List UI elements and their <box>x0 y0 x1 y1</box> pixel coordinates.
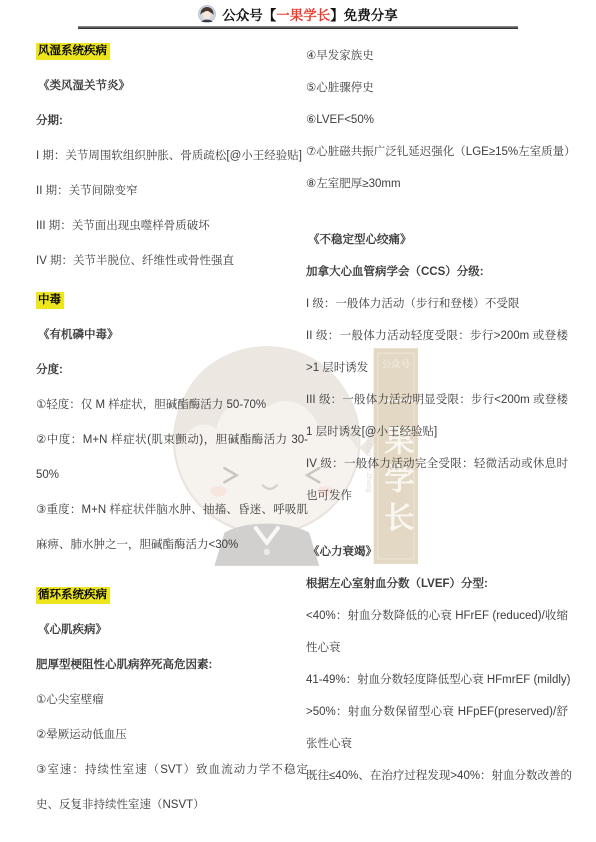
note-line: ④早发家族史 <box>306 40 568 72</box>
page-header: 公众号【一果学长】免费分享 <box>0 4 596 24</box>
note-line: <40%：射血分数降低的心衰 HFrEF (reduced)/收缩性心衰 <box>306 600 568 664</box>
note-line: ⑤心脏骤停史 <box>306 72 568 104</box>
note-line: ③重度：M+N 样症状伴脑水肿、抽搐、昏迷、呼吸肌麻痹、肺水肿之一，胆碱酯酶活力… <box>36 493 308 563</box>
brand-avatar-icon <box>198 5 216 23</box>
note-line: ②晕厥运动低血压 <box>36 718 308 753</box>
note-line: ⑦心脏磁共振广泛钆延迟强化（LGE≥15%左室质量） <box>306 136 568 168</box>
note-line: II 期：关节间隙变窄 <box>36 174 308 209</box>
header-title: 公众号【一果学长】免费分享 <box>222 4 398 24</box>
section-heading: 循环系统疾病 <box>36 578 308 613</box>
section-heading: 中毒 <box>36 283 308 318</box>
note-line: 41-49%：射血分数轻度降低型心衰 HFmrEF (mildly) <box>306 664 568 696</box>
document-page: 公众号【一果学长】免费分享 公众号 一果学长 Yi Guo Xue Zhang … <box>0 0 596 842</box>
subsection-title: 《心力衰竭》 <box>306 536 568 568</box>
note-line: ①轻度：仅 M 样症状，胆碱酯酶活力 50-70% <box>36 388 308 423</box>
note-line: II 级：一般体力活动轻度受限：步行>200m 或登楼>1 层时诱发 <box>306 320 568 384</box>
header-brand-name: 一果学长 <box>276 8 330 23</box>
note-line: I 期：关节周围软组织肿胀、骨质疏松[@小王经验贴] <box>36 139 308 174</box>
note-line: I 级：一般体力活动（步行和登楼）不受限 <box>306 288 568 320</box>
field-label: 分期: <box>36 104 308 139</box>
note-line: ⑧左室肥厚≥30mm <box>306 168 568 200</box>
field-label: 根据左心室射血分数（LVEF）分型: <box>306 568 568 600</box>
right-column: ④早发家族史 ⑤心脏骤停史 ⑥LVEF<50% ⑦心脏磁共振广泛钆延迟强化（LG… <box>306 40 568 792</box>
field-label: 肥厚型梗阻性心肌病猝死高危因素: <box>36 648 308 683</box>
header-divider <box>78 26 518 29</box>
note-line: ②中度：M+N 样症状(肌束颤动)，胆碱酯酶活力 30-50% <box>36 423 308 493</box>
section-heading-text: 循环系统疾病 <box>36 587 110 604</box>
note-line: >50%：射血分数保留型心衰 HFpEF(preserved)/舒张性心衰 <box>306 696 568 760</box>
note-line: 既往≤40%、在治疗过程发现>40%：射血分数改善的 <box>306 760 568 792</box>
left-column: 风湿系统疾病 《类风湿关节炎》 分期: I 期：关节周围软组织肿胀、骨质疏松[@… <box>36 34 308 823</box>
section-heading-text: 风湿系统疾病 <box>36 43 110 60</box>
note-line: IV 级：一般体力活动完全受限：轻微活动或休息时也可发作 <box>306 448 568 512</box>
field-label: 加拿大心血管病学会（CCS）分级: <box>306 256 568 288</box>
field-label: 分度: <box>36 353 308 388</box>
subsection-title: 《类风湿关节炎》 <box>36 69 308 104</box>
note-line: IV 期：关节半脱位、纤维性或骨性强直 <box>36 244 308 279</box>
note-line: III 级：一般体力活动明显受限：步行<200m 或登楼 1 层时诱发[@小王经… <box>306 384 568 448</box>
header-prefix: 公众号【 <box>222 8 276 23</box>
note-line: ⑥LVEF<50% <box>306 104 568 136</box>
header-suffix: 】免费分享 <box>330 8 398 23</box>
subsection-title: 《有机磷中毒》 <box>36 318 308 353</box>
note-line: ③室速：持续性室速（SVT）致血流动力学不稳定史、反复非持续性室速（NSVT） <box>36 753 308 823</box>
subsection-title: 《心肌疾病》 <box>36 613 308 648</box>
note-line: III 期：关节面出现虫噬样骨质破坏 <box>36 209 308 244</box>
subsection-title: 《不稳定型心绞痛》 <box>306 224 568 256</box>
section-heading-text: 中毒 <box>36 292 64 309</box>
note-line: ①心尖室壁瘤 <box>36 683 308 718</box>
section-heading: 风湿系统疾病 <box>36 34 308 69</box>
